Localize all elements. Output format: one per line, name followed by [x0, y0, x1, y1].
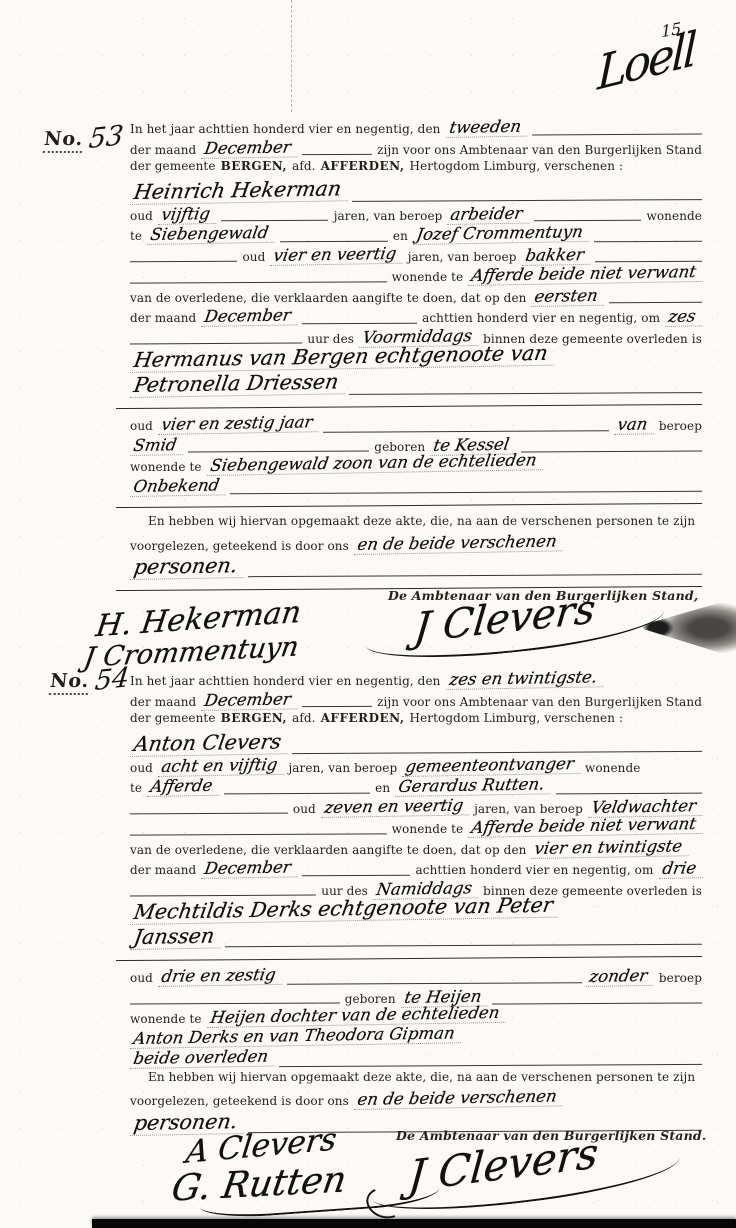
form-line: Mechtildis Derks echtgenoote van Peter: [130, 900, 702, 925]
printed-text: te: [130, 229, 142, 243]
printed-text: voorgelezen, geteekend is door ons: [130, 1094, 349, 1108]
form-rule: [116, 956, 702, 961]
fill-line: [302, 322, 417, 324]
handwritten-entry: zes en twintigste.: [446, 667, 607, 690]
form-line: wonende teSiebengewald zoon van de echte…: [130, 456, 702, 477]
record-number-label: No.: [43, 128, 85, 153]
handwritten-entry: Petronella Driessen: [130, 369, 348, 398]
handwritten-entry: arbeider: [447, 203, 532, 224]
form-line: der maandDecemberzijn voor ons Ambtenaar…: [130, 691, 702, 712]
printed-text: oud: [130, 761, 153, 775]
printed-text: wonende: [585, 761, 641, 775]
printed-text: jaren, van beroep: [334, 209, 443, 223]
handwritten-entry: vier en zestig jaar: [158, 412, 322, 435]
handwritten-entry: zes: [665, 306, 705, 327]
printed-text: en: [375, 781, 390, 795]
death-record-54: No. 54 In het jaar achttien honderd vier…: [0, 666, 736, 1136]
form-line: van de overledene, die verklaarden aangi…: [130, 839, 702, 860]
form-line: voorgelezen, geteekend is door onsen de …: [130, 535, 702, 556]
handwritten-entry: December: [201, 305, 300, 327]
printed-text: AFFERDEN,: [321, 159, 405, 173]
form-line: der gemeenteBERGEN,afd.AFFERDEN,Hertogdo…: [130, 711, 702, 732]
record-number: No. 54: [50, 670, 130, 695]
fill-line: [130, 281, 387, 283]
handwritten-entry: vier en veertig: [270, 243, 406, 265]
printed-text: achttien honderd vier en negentig, om: [422, 311, 660, 325]
handwritten-entry: Afferde: [147, 776, 222, 797]
form-line: Anton Derks en van Theodora Gipman: [130, 1029, 702, 1050]
handwritten-entry: van: [614, 414, 657, 435]
printed-text: oud: [293, 802, 316, 816]
handwritten-entry: December: [201, 857, 300, 879]
printed-text: oud: [130, 419, 153, 433]
printed-text: oud: [130, 209, 153, 223]
fill-line: [224, 792, 370, 794]
fill-line: [280, 240, 388, 242]
fill-line: [492, 1002, 702, 1004]
form-line: In het jaar achttien honderd vier en neg…: [130, 670, 702, 691]
handwritten-entry: Siebengewald: [147, 223, 278, 245]
printed-text: der gemeente: [130, 711, 216, 725]
form-line: oudacht en vijftigjaren, van beroepgemee…: [130, 757, 702, 778]
printed-text: Hertogdom Limburg, verschenen :: [410, 711, 624, 725]
handwritten-entry: vijftig: [158, 203, 220, 224]
handwritten-entry: December: [201, 689, 300, 711]
handwritten-entry: Heinrich Hekerman: [130, 176, 351, 205]
fill-line: [349, 392, 702, 395]
printed-text: oud: [242, 250, 265, 264]
record-number-value: 54: [94, 662, 131, 697]
handwritten-entry: zeven en veertig: [321, 795, 473, 818]
printed-text: voorgelezen, geteekend is door ons: [130, 539, 349, 553]
printed-text: der maand: [130, 143, 196, 157]
form-line: En hebben wij hiervan opgemaakt deze akt…: [130, 514, 702, 535]
printed-text: der gemeente: [130, 159, 216, 173]
printed-text: beroep: [659, 971, 702, 985]
form-line: oudvijftigjaren, van beroeparbeiderwonen…: [130, 205, 702, 226]
form-line: wonende teAfferde beide niet verwant: [130, 818, 702, 839]
printed-text: wonende te: [392, 270, 464, 284]
printed-text: geboren: [345, 992, 396, 1006]
form-line: van de overledene, die verklaarden aangi…: [130, 287, 702, 308]
handwritten-entry: en de beide verschenen: [354, 531, 566, 555]
fill-line: [248, 574, 702, 577]
fill-line: [221, 220, 328, 222]
handwritten-entry: tweeden: [446, 117, 531, 138]
fill-line: [594, 240, 702, 242]
printed-text: BERGEN,: [221, 159, 288, 173]
handwritten-entry: zonder: [586, 966, 657, 987]
printed-text: zijn voor ons Ambtenaar van den Burgerli…: [377, 695, 702, 709]
form-line: Janssen: [130, 925, 702, 950]
form-line: beide overleden: [130, 1049, 702, 1070]
fill-line: [279, 1063, 702, 1066]
fill-line: [230, 491, 702, 494]
printed-text: AFFERDEN,: [321, 711, 405, 725]
form-line: wonende teAfferde beide niet verwant: [130, 266, 702, 287]
printed-text: der maand: [130, 311, 196, 325]
handwritten-entry: Afferde beide niet verwant: [468, 262, 706, 286]
record-body: In het jaar achttien honderd vier en neg…: [130, 666, 702, 1136]
record-body: In het jaar achttien honderd vier en neg…: [130, 114, 702, 589]
printed-text: jaren, van beroep: [474, 802, 583, 816]
handwritten-entry: bakker: [522, 244, 593, 265]
handwritten-entry: Jozef Crommentuyn: [413, 222, 592, 245]
printed-text: van de overledene, die verklaarden aangi…: [130, 291, 526, 305]
form-line: In het jaar achttien honderd vier en neg…: [130, 118, 702, 139]
record-number-value: 53: [88, 120, 125, 155]
printed-text: jaren, van beroep: [408, 250, 517, 264]
form-line: der maandDecemberzijn voor ons Ambtenaar…: [130, 139, 702, 160]
form-line: oudvier en zestig jaarvanberoep: [130, 415, 702, 436]
fill-line: [292, 750, 702, 753]
printed-text: oud: [130, 971, 153, 985]
fill-line: [188, 451, 369, 453]
printed-text: te: [130, 781, 142, 795]
fill-line: [609, 302, 702, 303]
fill-line: [521, 451, 702, 453]
handwritten-entry: vier en twintigste: [531, 836, 692, 859]
printed-text: van de overledene, die verklaarden aangi…: [130, 843, 526, 857]
printed-text: wonende te: [392, 822, 464, 836]
handwritten-entry: drie: [659, 858, 706, 879]
printed-text: der maand: [130, 695, 196, 709]
form-line: ouddrie en zestigzonderberoep: [130, 967, 702, 988]
fill-line: [130, 813, 288, 815]
printed-text: zijn voor ons Ambtenaar van den Burgerli…: [377, 143, 702, 157]
fill-line: [302, 874, 410, 876]
form-line: personen.: [130, 555, 702, 580]
printed-text: en: [393, 229, 408, 243]
printed-text: BERGEN,: [221, 711, 288, 725]
record-number: No. 53: [44, 128, 124, 153]
fold-mark: [291, 0, 292, 112]
form-line: Hermanus van Bergen echtgenoote van: [130, 348, 702, 373]
form-line: der maandDecemberachttien honderd vier e…: [130, 307, 702, 328]
fill-line: [130, 1002, 340, 1004]
printed-text: wonende te: [130, 1012, 202, 1026]
record-number-label: No.: [49, 670, 91, 695]
fill-line: [130, 895, 316, 897]
printed-text: jaren, van beroep: [288, 761, 397, 775]
handwritten-entry: gemeenteontvanger: [402, 753, 583, 776]
form-line: der gemeenteBERGEN,afd.AFFERDEN,Hertogdo…: [130, 159, 702, 180]
printed-text: beroep: [659, 419, 702, 433]
death-register-scan: 15. Loell No. 53 In het jaar achttien ho…: [0, 0, 736, 1228]
printed-text: Hertogdom Limburg, verschenen :: [410, 159, 624, 173]
handwritten-entry: Afferde beide niet verwant: [468, 814, 706, 838]
scan-edge-bar: [92, 1219, 736, 1228]
fill-line: [323, 430, 609, 432]
handwritten-entry: Onbekend: [130, 475, 229, 497]
form-rule: [116, 404, 702, 409]
corner-paraph: Loell: [597, 21, 696, 101]
printed-text: wonende: [646, 209, 702, 223]
printed-text: wonende te: [130, 460, 202, 474]
printed-text: En hebben wij hiervan opgemaakt deze akt…: [148, 1070, 695, 1084]
fill-line: [130, 261, 237, 263]
handwritten-entry: en de beide verschenen: [354, 1086, 566, 1110]
fill-line: [130, 343, 302, 345]
fill-line: [352, 199, 702, 202]
printed-text: der maand: [130, 863, 196, 877]
handwritten-entry: personen.: [130, 553, 247, 580]
form-line: Anton Clevers: [130, 732, 702, 757]
fill-line: [302, 706, 372, 707]
printed-text: In het jaar achttien honderd vier en neg…: [130, 674, 441, 688]
fill-line: [287, 982, 582, 985]
printed-text: achttien honderd vier en negentig, om: [416, 863, 654, 877]
handwritten-entry: beide overleden: [130, 1046, 278, 1069]
form-line: Onbekend: [130, 477, 702, 498]
form-line: teAfferdeenGerardus Rutten.: [130, 777, 702, 798]
fill-line: [302, 154, 372, 155]
handwritten-entry: December: [201, 137, 300, 159]
handwritten-entry: Smid: [130, 435, 186, 456]
printed-text: En hebben wij hiervan opgemaakt deze akt…: [148, 514, 695, 528]
handwritten-entry: Gerardus Rutten.: [395, 774, 554, 797]
ink-blot: [636, 597, 736, 659]
death-record-53: No. 53 In het jaar achttien honderd vier…: [0, 114, 736, 597]
handwritten-entry: eersten: [531, 285, 607, 306]
form-line: Heinrich Hekerman: [130, 180, 702, 205]
form-line: voorgelezen, geteekend is door onsen de …: [130, 1090, 702, 1111]
form-line: Petronella Driessen: [130, 373, 702, 398]
handwritten-entry: Janssen: [130, 923, 224, 950]
fill-line: [556, 792, 702, 794]
printed-text: afd.: [292, 711, 316, 725]
fill-line: [532, 133, 702, 135]
fill-line: [130, 833, 387, 835]
printed-text: In het jaar achttien honderd vier en neg…: [130, 122, 441, 136]
form-rule: [116, 503, 702, 508]
handwritten-entry: drie en zestig: [158, 965, 285, 987]
handwritten-entry: acht en vijftig: [158, 754, 287, 776]
form-line: teSiebengewaldenJozef Crommentuyn: [130, 225, 702, 246]
fill-line: [225, 944, 702, 947]
printed-text: afd.: [292, 159, 316, 173]
handwritten-entry: Anton Clevers: [130, 729, 291, 757]
form-line: En hebben wij hiervan opgemaakt deze akt…: [130, 1070, 702, 1091]
form-line: der maandDecemberachttien honderd vier e…: [130, 859, 702, 880]
